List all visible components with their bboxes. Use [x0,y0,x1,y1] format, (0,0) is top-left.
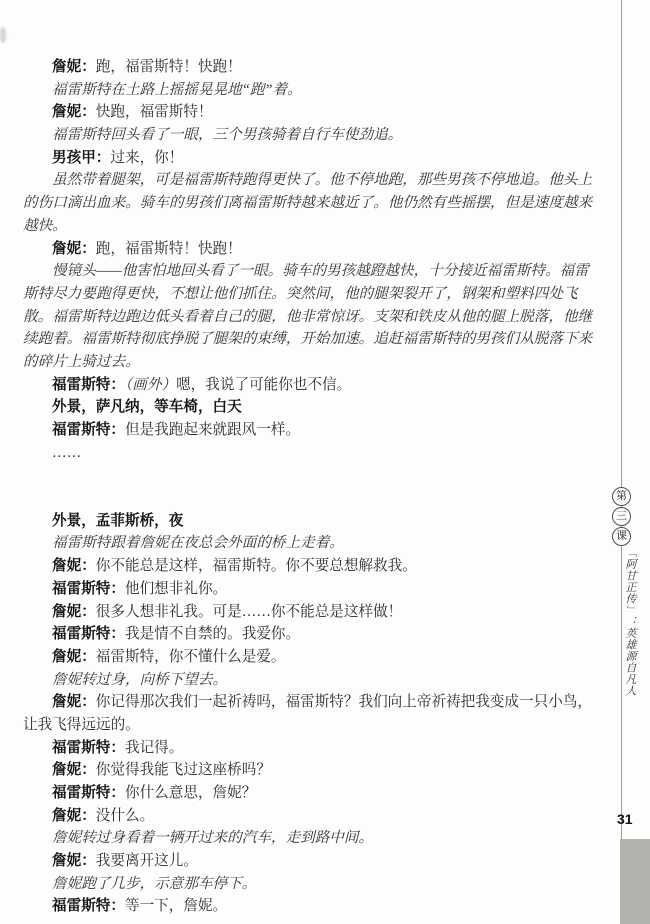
lesson-badge-char-2: 三 [612,507,631,526]
script-line: 男孩甲：过来，你！ [23,147,600,170]
script-line: 外景，萨凡纳，等车椅，白天 [23,396,600,419]
script-plain: …… [23,442,600,465]
lesson-vertical-title: 「阿甘正传」：英雄源自凡人 [622,547,638,697]
script-dialogue: 詹妮：你觉得我能飞过这座桥吗？ [23,759,600,782]
script-dialogue: 福雷斯特：（画外）嗯，我说了可能你也不信。 [23,374,600,397]
script-dialogue: 詹妮：你记得那次我们一起祈祷吗，福雷斯特？我们向上帝祈祷把我变成一只小鸟，让我飞… [23,691,600,736]
script-line: 的伤口滴出血来。骑车的男孩们离福雷斯特越来越近了。他仍然有些摇摆，但是速度越来 [23,192,600,215]
script-dialogue: 福雷斯特：他们想非礼你。 [23,578,600,601]
script-dialogue: 詹妮：快跑，福雷斯特！ [23,101,600,124]
script-line: 福雷斯特回头看了一眼，三个男孩骑着自行车使劲追。 [23,124,600,147]
script-action: 福雷斯特跟着詹妮在夜总会外面的桥上走着。 [23,532,600,555]
script-dialogue: 福雷斯特：但是我跑起来就跟风一样。 [23,419,600,442]
script-action: 慢镜头——他害怕地回头看了一眼。骑车的男孩越蹬越快，十分接近福雷斯特。福雷斯特尽… [23,260,600,373]
lesson-badge-char-3: 课 [612,527,631,546]
script-line: 詹妮：你觉得我能飞过这座桥吗？ [23,759,600,782]
script-line: 詹妮：你不能总是这样，福雷斯特。你不要总想解救我。 [23,555,600,578]
lesson-number-badge: 第 三 课 [612,487,631,546]
script-line: 的碎片上骑过去。 [23,351,600,374]
script-line: 福雷斯特：我记得。 [23,737,600,760]
speaker-name: 詹妮： [52,853,96,869]
speaker-name: 詹妮： [52,104,96,120]
script-line: 福雷斯特：等一下，詹妮。 [23,895,600,918]
speaker-name: 福雷斯特： [52,581,125,597]
lesson-badge-char-1: 第 [612,487,631,506]
scan-smudge-artifact [0,27,6,43]
script-line: 詹妮：跑，福雷斯特！快跑！ [23,238,600,261]
page-number: 31 [617,811,633,827]
speaker-name: 詹妮： [52,649,96,665]
script-heading: 外景，萨凡纳，等车椅，白天 [23,396,600,419]
page-edge-tab [620,839,650,924]
script-dialogue: 福雷斯特：等一下，詹妮。 [23,895,600,918]
speaker-name: 福雷斯特： [52,898,125,914]
script-line: 詹妮：很多人想非礼我。可是……你不能总是这样做！ [23,601,600,624]
script-action: 虽然带着腿架，可是福雷斯特跑得更快了。他不停地跑，那些男孩不停地追。他头上的伤口… [23,169,600,237]
script-dialogue: 詹妮：我要离开这儿。 [23,850,600,873]
script-line: 外景，孟菲斯桥，夜 [23,510,600,533]
script-line: 散。福雷斯特边跑边低头看着自己的腿，他非常惊讶。支架和铁皮从他的腿上脱落，他继 [23,306,600,329]
script-dialogue: 詹妮：没什么。 [23,805,600,828]
script-line: 詹妮转过身，向桥下望去。 [23,669,600,692]
script-line: 詹妮：你记得那次我们一起祈祷吗，福雷斯特？我们向上帝祈祷把我变成一只小鸟， [23,691,600,714]
script-dialogue: 福雷斯特：你什么意思，詹妮？ [23,782,600,805]
script-line: 福雷斯特：我是情不自禁的。我爱你。 [23,623,600,646]
script-action: 詹妮跑了几步，示意那车停下。 [23,873,600,896]
script-line: 让我飞得远远的。 [23,714,600,737]
speaker-name: 詹妮： [52,604,96,620]
script-line: 斯特尽力要跑得更快，不想让他们抓住。突然间，他的腿架裂开了，钢架和塑料四处飞 [23,283,600,306]
script-dialogue: 詹妮：福雷斯特，你不懂什么是爱。 [23,646,600,669]
textbook-page: 詹妮：跑，福雷斯特！快跑！福雷斯特在土路上摇摇晃晃地“跑”着。詹妮：快跑，福雷斯… [0,0,650,924]
speaker-name: 詹妮： [52,808,96,824]
screenplay-text-block: 詹妮：跑，福雷斯特！快跑！福雷斯特在土路上摇摇晃晃地“跑”着。詹妮：快跑，福雷斯… [23,56,600,918]
script-line: 詹妮：跑，福雷斯特！快跑！ [23,56,600,79]
script-heading: 外景，孟菲斯桥，夜 [23,510,600,533]
speaker-name: 福雷斯特： [52,377,125,393]
script-line: 续跑着。福雷斯特彻底挣脱了腿架的束缚，开始加速。追赶福雷斯特的男孩们从脱落下来 [23,328,600,351]
sidebar-vertical-rule [621,0,622,840]
speaker-name: 詹妮： [52,558,96,574]
script-dialogue: 福雷斯特：我记得。 [23,737,600,760]
script-action: 詹妮转过身，向桥下望去。 [23,669,600,692]
script-line: 福雷斯特：（画外）嗯，我说了可能你也不信。 [23,374,600,397]
script-line: 詹妮：没什么。 [23,805,600,828]
script-dialogue: 詹妮：跑，福雷斯特！快跑！ [23,238,600,261]
script-line: 詹妮：我要离开这儿。 [23,850,600,873]
script-line: 福雷斯特：你什么意思，詹妮？ [23,782,600,805]
script-action: 福雷斯特回头看了一眼，三个男孩骑着自行车使劲追。 [23,124,600,147]
speaker-name: 福雷斯特： [52,740,125,756]
speaker-name: 福雷斯特： [52,785,125,801]
script-line: 詹妮：快跑，福雷斯特！ [23,101,600,124]
script-dialogue: 詹妮：跑，福雷斯特！快跑！ [23,56,600,79]
script-dialogue: 詹妮：你不能总是这样，福雷斯特。你不要总想解救我。 [23,555,600,578]
script-line: …… [23,442,600,465]
speaker-name: 福雷斯特： [52,626,125,642]
script-action: 福雷斯特在土路上摇摇晃晃地“跑”着。 [23,79,600,102]
speaker-name: 詹妮： [52,59,96,75]
speaker-name: 詹妮： [52,241,96,257]
script-action: 詹妮转过身看着一辆开过来的汽车，走到路中间。 [23,827,600,850]
script-line: 福雷斯特：但是我跑起来就跟风一样。 [23,419,600,442]
speaker-name: 詹妮： [52,762,96,778]
voice-over-note: （画外） [125,377,176,393]
script-line: 越快。 [23,215,600,238]
speaker-name: 詹妮： [52,694,96,710]
script-line: 詹妮：福雷斯特，你不懂什么是爱。 [23,646,600,669]
script-line: 福雷斯特：他们想非礼你。 [23,578,600,601]
script-line: 詹妮转过身看着一辆开过来的汽车，走到路中间。 [23,827,600,850]
script-dialogue: 詹妮：很多人想非礼我。可是……你不能总是这样做！ [23,601,600,624]
script-line: 詹妮跑了几步，示意那车停下。 [23,873,600,896]
script-dialogue: 福雷斯特：我是情不自禁的。我爱你。 [23,623,600,646]
script-spacer [23,464,600,509]
script-line: 慢镜头——他害怕地回头看了一眼。骑车的男孩越蹬越快，十分接近福雷斯特。福雷 [23,260,600,283]
script-dialogue: 男孩甲：过来，你！ [23,147,600,170]
script-line: 福雷斯特跟着詹妮在夜总会外面的桥上走着。 [23,532,600,555]
script-line: 虽然带着腿架，可是福雷斯特跑得更快了。他不停地跑，那些男孩不停地追。他头上 [23,169,600,192]
speaker-name: 福雷斯特： [52,422,125,438]
speaker-name: 男孩甲： [52,150,110,166]
script-line: 福雷斯特在土路上摇摇晃晃地“跑”着。 [23,79,600,102]
